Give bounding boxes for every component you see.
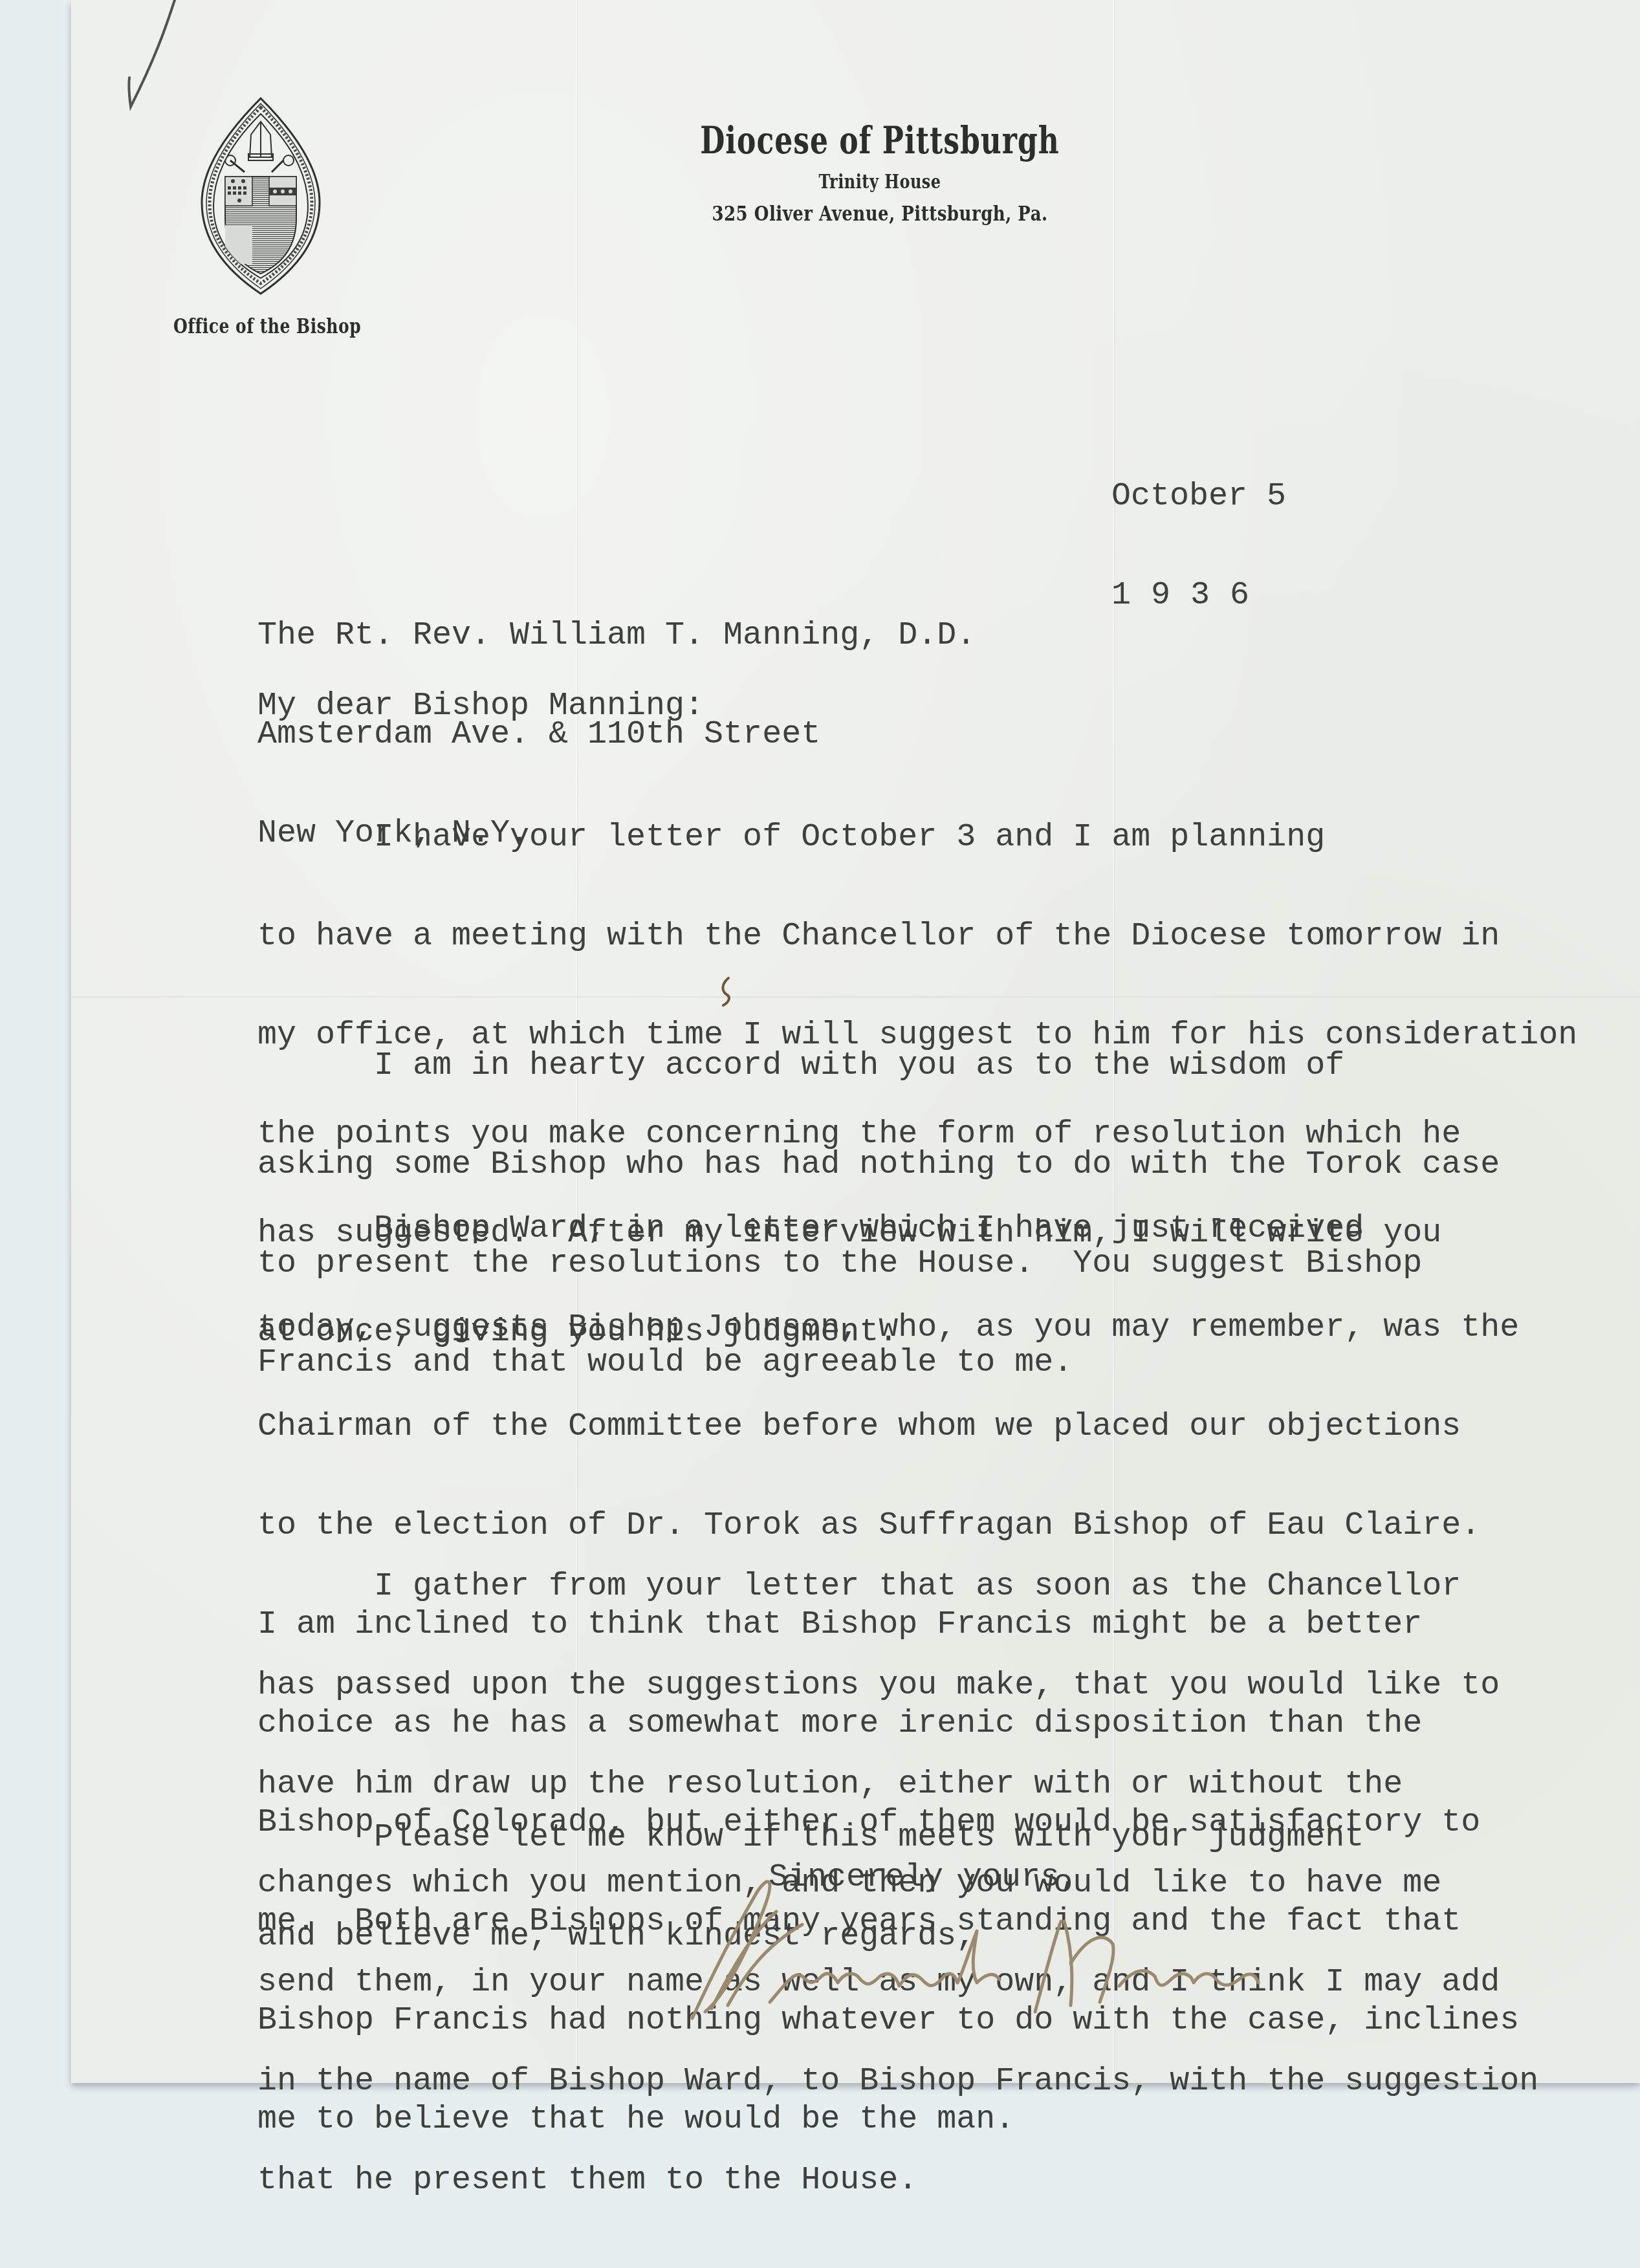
salutation: My dear Bishop Manning: [257, 690, 704, 723]
letterhead-building: Trinity House [699, 169, 1061, 193]
date-year: 1936 [1111, 579, 1286, 612]
pencil-checkmark-icon [123, 0, 181, 113]
date-month-day: October 5 [1111, 480, 1286, 513]
closing-line: Please let me know if this meets with yo… [257, 1821, 1364, 1854]
body-line: I have your letter of October 3 and I am… [257, 821, 1577, 854]
letter-date: October 5 1936 [1111, 414, 1286, 645]
handwritten-signature-icon [673, 1873, 1346, 2022]
office-of-the-bishop-label: Office of the Bishop [173, 314, 361, 338]
letterhead-title: Diocese of Pittsburgh [699, 120, 1061, 162]
body-line: has passed upon the suggestions you make… [257, 1669, 1538, 1702]
ink-correction-mark-icon [718, 977, 735, 1007]
body-line: that he present them to the House. [257, 2164, 1538, 2197]
body-line: Chairman of the Committee before whom we… [257, 1410, 1519, 1443]
body-line: Bishop Ward, in a letter which I have ju… [257, 1212, 1519, 1245]
body-line: I gather from your letter that as soon a… [257, 1570, 1538, 1603]
body-line: today, suggests Bishop Johnson, who, as … [257, 1311, 1519, 1344]
body-line: I am in hearty accord with you as to the… [257, 1049, 1500, 1082]
recipient-line: The Rt. Rev. William T. Manning, D.D. [257, 619, 976, 652]
body-line: in the name of Bishop Ward, to Bishop Fr… [257, 2065, 1538, 2098]
diocesan-seal-icon [199, 96, 322, 296]
body-line: to have a meeting with the Chancellor of… [257, 920, 1577, 953]
letterhead-address: 325 Oliver Avenue, Pittsburgh, Pa. [699, 202, 1061, 226]
